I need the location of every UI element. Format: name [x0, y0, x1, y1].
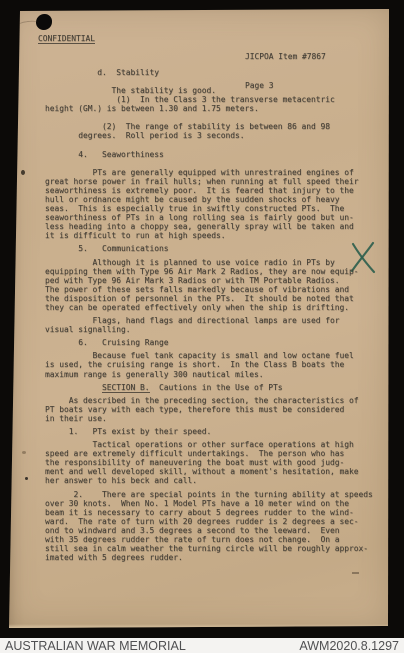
para-turning-ability: 2. There are special points in the turni… [45, 490, 381, 563]
section-b-label: SECTION B. [102, 383, 150, 393]
para-communications-visual: Flags, hand flags and directional lamps … [45, 316, 381, 334]
section-b-title: Cautions in the Use of PTs [150, 383, 283, 392]
paper-speck [25, 477, 28, 480]
archive-id: AWM2020.8.1297 [299, 639, 399, 653]
section-b-heading: SECTION B. Cautions in the Use of PTs [45, 383, 381, 392]
classification-stamp: CONFIDENTIAL [38, 34, 95, 44]
para-pts-speed: Tactical operations or other surface ope… [45, 440, 381, 485]
heading-cruising-range: 6. Cruising Range [45, 338, 381, 347]
para-stability-metacentric: The stability is good. (1) In the Class … [45, 86, 381, 113]
para-cruising-range: Because fuel tank capacity is small and … [45, 351, 381, 378]
section-b-indent [45, 383, 102, 392]
paper-crease [17, 20, 40, 30]
para-stability-range: (2) The range of stability is between 86… [45, 122, 381, 140]
paper-speck [21, 170, 25, 175]
heading-pts-speed: 1. PTs exist by their speed. [45, 427, 381, 436]
archive-institution: AUSTRALIAN WAR MEMORIAL [5, 639, 186, 653]
heading-seaworthiness: 4. Seaworthiness [45, 150, 381, 159]
para-communications-radio: Although it is planned to use voice radi… [45, 258, 381, 313]
scan-background: CONFIDENTIAL JICPOA Item #7867 Page 3 d.… [0, 0, 404, 653]
document-body: d. Stability The stability is good. (1) … [45, 68, 381, 566]
item-number: JICPOA Item #7867 [245, 52, 326, 62]
para-section-b-intro: As described in the preceding section, t… [45, 396, 381, 423]
para-seaworthiness: PTs are generally equipped with unrestra… [45, 168, 381, 241]
paper-speck [22, 451, 26, 454]
document-page: CONFIDENTIAL JICPOA Item #7867 Page 3 d.… [8, 8, 390, 629]
paper-speck [352, 572, 359, 574]
archive-strip: AUSTRALIAN WAR MEMORIAL AWM2020.8.1297 [0, 638, 404, 653]
heading-stability: d. Stability [45, 68, 381, 77]
heading-communications: 5. Communications [45, 244, 381, 253]
